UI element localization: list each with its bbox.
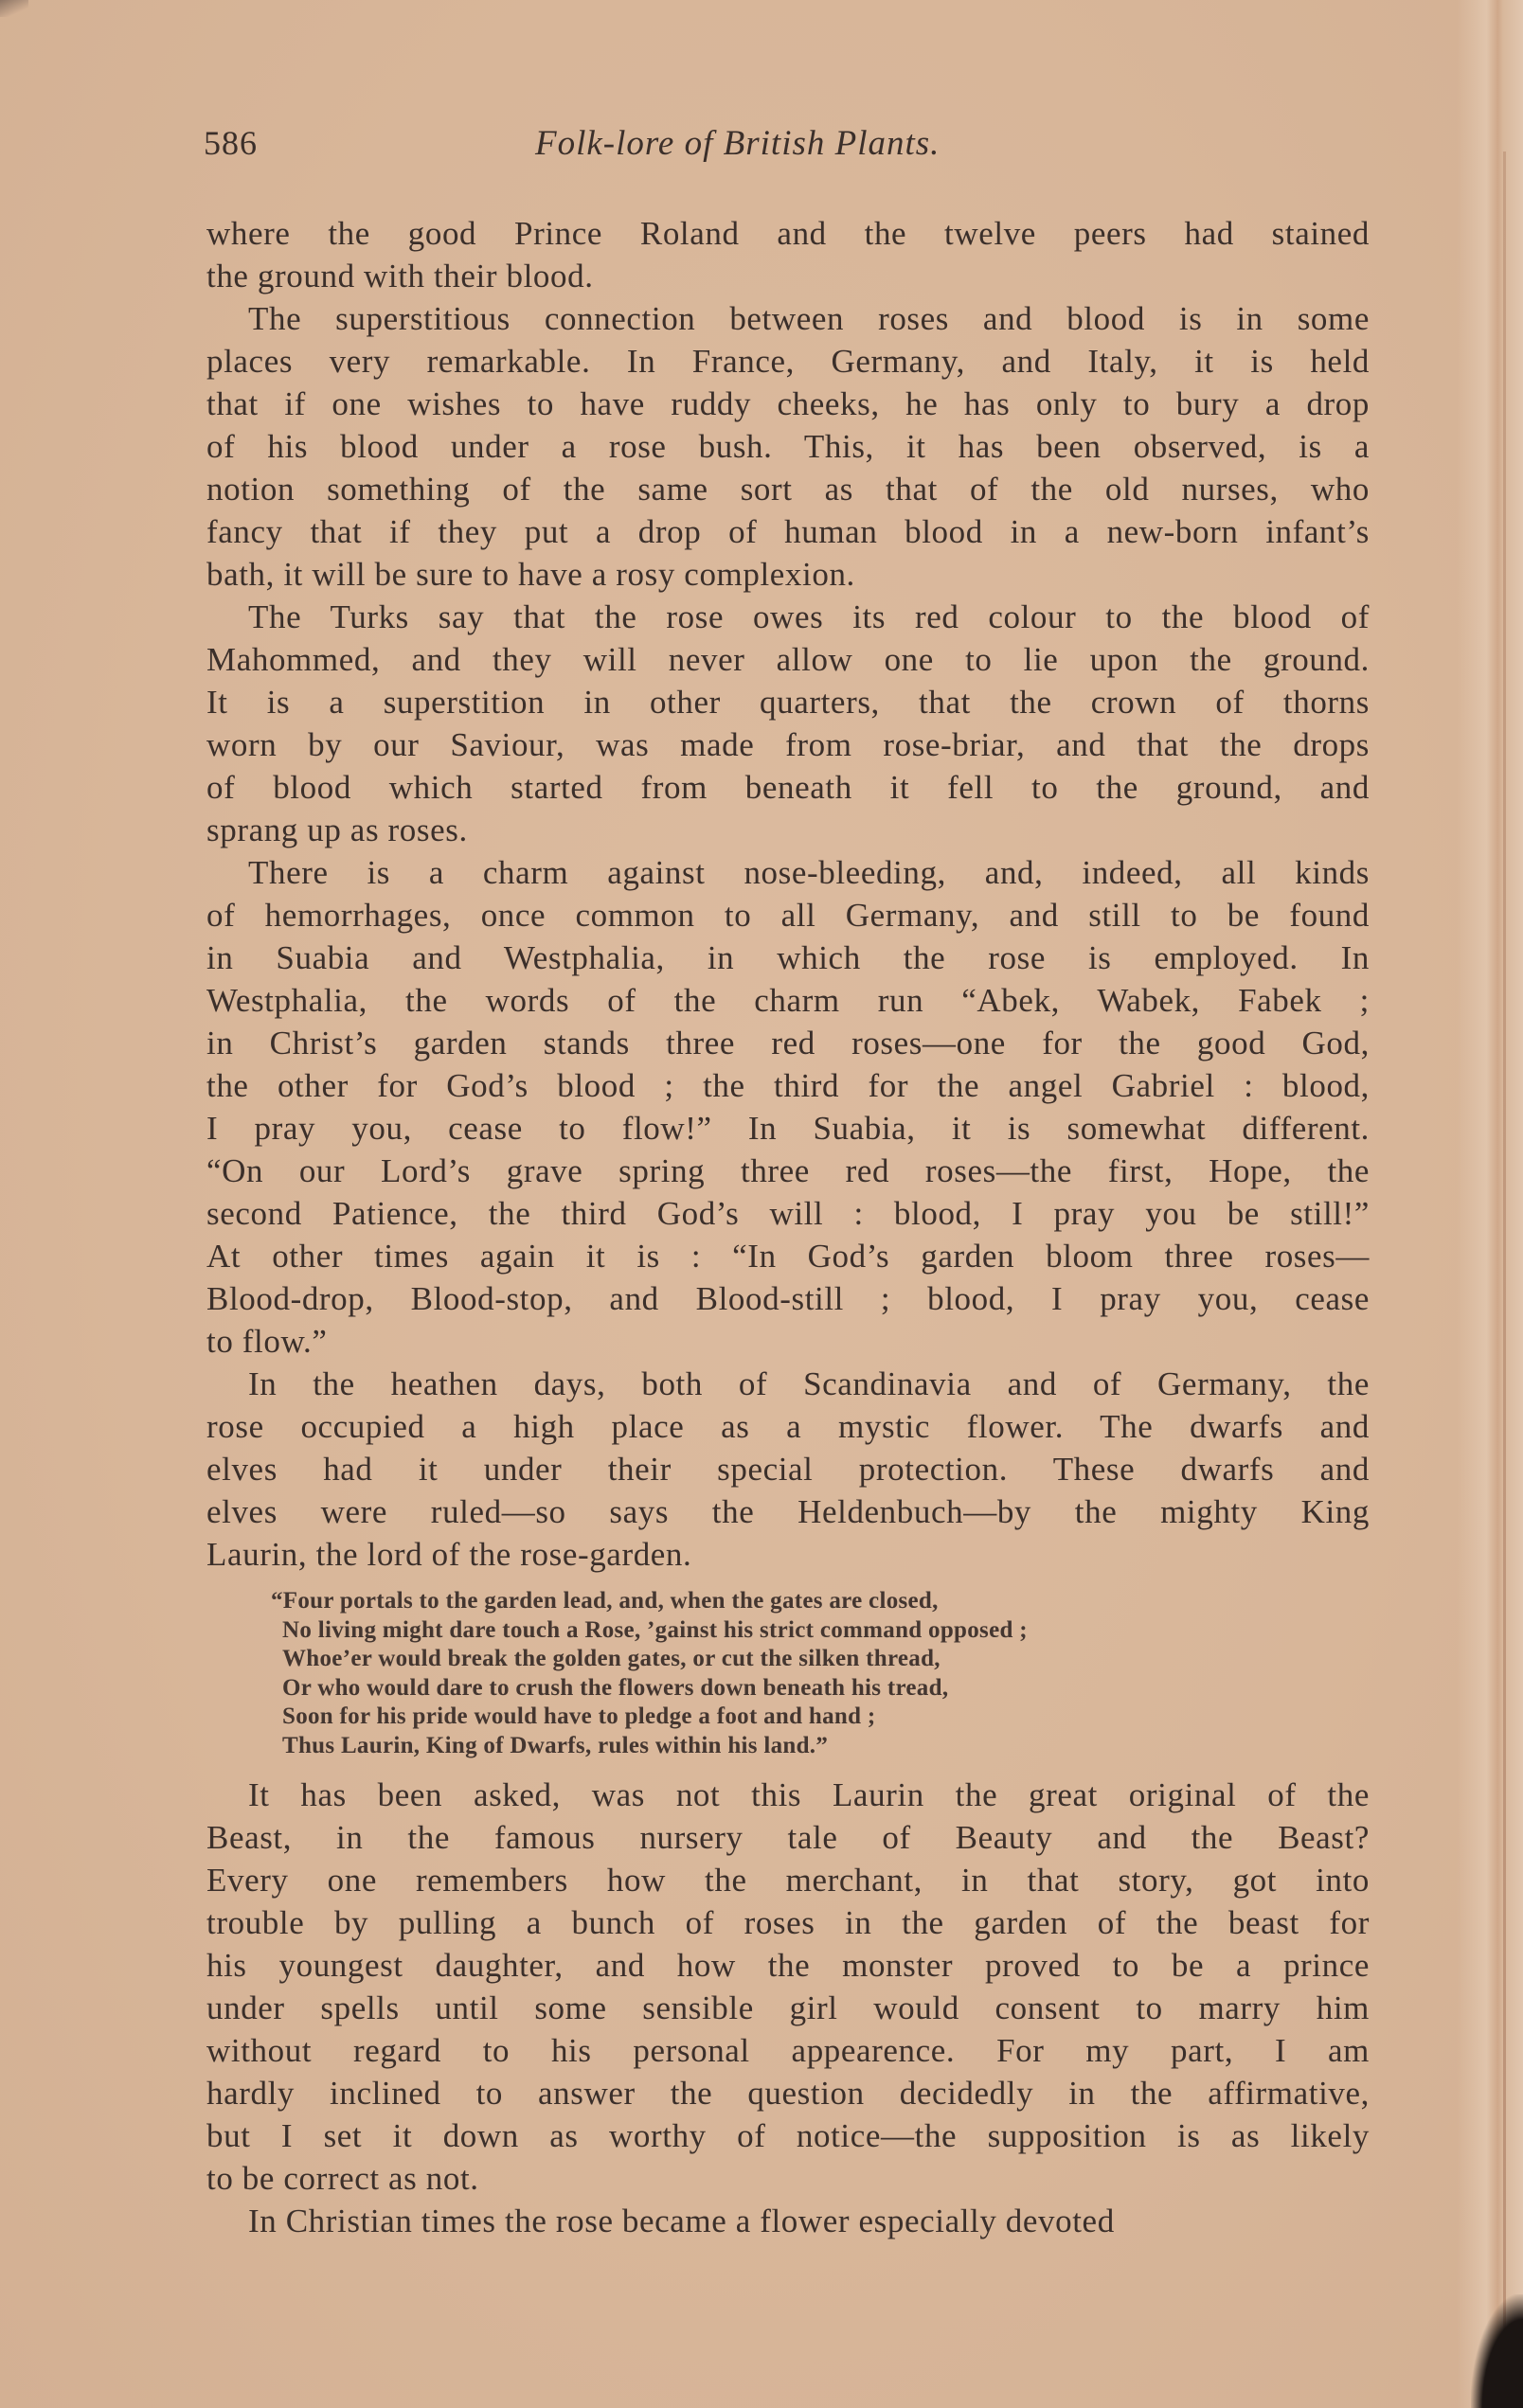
text-line: elves were ruled—so says the Heldenbuch—… (206, 1490, 1370, 1533)
text-line: worn by our Saviour, was made from rose-… (206, 723, 1370, 766)
text-line: his youngest daughter, and how the monst… (206, 1944, 1370, 1987)
text-line: in Christ’s garden stands three red rose… (206, 1022, 1370, 1064)
text-line: The Turks say that the rose owes its red… (206, 596, 1370, 638)
text-line: The superstitious connection between ros… (206, 297, 1370, 340)
text-line: Blood-drop, Blood-stop, and Blood-still … (206, 1277, 1370, 1320)
page-header: 586 Folk-lore of British Plants. (204, 123, 1369, 170)
text-line: of hemorrhages, once common to all Germa… (206, 894, 1370, 936)
poem-line: Whoe’er would break the golden gates, or… (282, 1645, 1370, 1674)
poem-line: Or who would dare to crush the flowers d… (282, 1674, 1370, 1703)
text-line: It is a superstition in other quarters, … (206, 681, 1370, 723)
text-line: In the heathen days, both of Scandinavia… (206, 1363, 1370, 1405)
text-line: without regard to his personal appearenc… (206, 2029, 1370, 2072)
text-line: It has been asked, was not this Laurin t… (206, 1774, 1370, 1816)
text-line: trouble by pulling a bunch of roses in t… (206, 1901, 1370, 1944)
text-line: Every one remembers how the merchant, in… (206, 1859, 1370, 1901)
page-edge (1457, 0, 1523, 2408)
text-line: sprang up as roses. (206, 809, 1370, 851)
paragraph: In the heathen days, both of Scandinavia… (206, 1363, 1370, 1576)
paragraphs-after-poem: It has been asked, was not this Laurin t… (206, 1774, 1370, 2242)
text-line: notion something of the same sort as tha… (206, 468, 1370, 510)
poem-line: No living might dare touch a Rose, ’gain… (282, 1616, 1370, 1646)
text-line: of his blood under a rose bush. This, it… (206, 425, 1370, 468)
text-line: Mahommed, and they will never allow one … (206, 638, 1370, 681)
text-line: There is a charm against nose-bleeding, … (206, 851, 1370, 894)
running-title: Folk-lore of British Plants. (535, 123, 940, 164)
text-line: that if one wishes to have ruddy cheeks,… (206, 383, 1370, 425)
text-line: but I set it down as worthy of notice—th… (206, 2114, 1370, 2157)
text-line: to be correct as not. (206, 2157, 1370, 2200)
text-line: In Christian times the rose became a flo… (206, 2200, 1370, 2242)
text-line: second Patience, the third God’s will : … (206, 1192, 1370, 1235)
text-line: rose occupied a high place as a mystic f… (206, 1405, 1370, 1448)
paragraphs-before-poem: where the good Prince Roland and the twe… (206, 212, 1370, 1576)
binding-shadow (1471, 2294, 1523, 2408)
page-number: 586 (204, 123, 258, 163)
text-line: Laurin, the lord of the rose-garden. (206, 1533, 1370, 1576)
text-line: in Suabia and Westphalia, in which the r… (206, 936, 1370, 979)
paragraph: It has been asked, was not this Laurin t… (206, 1774, 1370, 2200)
body-text: where the good Prince Roland and the twe… (206, 212, 1370, 2242)
paragraph: In Christian times the rose became a flo… (206, 2200, 1370, 2242)
text-line: where the good Prince Roland and the twe… (206, 212, 1370, 255)
text-line: Beast, in the famous nursery tale of Bea… (206, 1816, 1370, 1859)
paragraph: The superstitious connection between ros… (206, 297, 1370, 596)
text-line: under spells until some sensible girl wo… (206, 1987, 1370, 2029)
text-line: the ground with their blood. (206, 255, 1370, 297)
text-line: fancy that if they put a drop of human b… (206, 510, 1370, 553)
corner-fold (0, 0, 28, 17)
text-line: to flow.” (206, 1320, 1370, 1363)
text-line: hardly inclined to answer the question d… (206, 2072, 1370, 2114)
text-line: elves had it under their special protect… (206, 1448, 1370, 1490)
text-line: I pray you, cease to flow!” In Suabia, i… (206, 1107, 1370, 1150)
text-line: At other times again it is : “In God’s g… (206, 1235, 1370, 1277)
poem-line: Thus Laurin, King of Dwarfs, rules withi… (282, 1732, 1370, 1761)
paragraph: There is a charm against nose-bleeding, … (206, 851, 1370, 1363)
paragraph: The Turks say that the rose owes its red… (206, 596, 1370, 851)
poem-block: “Four portals to the garden lead, and, w… (282, 1587, 1370, 1760)
poem-line: Soon for his pride would have to pledge … (282, 1703, 1370, 1732)
text-line: bath, it will be sure to have a rosy com… (206, 553, 1370, 596)
page-edge-line (1503, 152, 1506, 2408)
poem-line: “Four portals to the garden lead, and, w… (271, 1587, 1370, 1616)
text-line: places very remarkable. In France, Germa… (206, 340, 1370, 383)
text-line: “On our Lord’s grave spring three red ro… (206, 1150, 1370, 1192)
text-line: Westphalia, the words of the charm run “… (206, 979, 1370, 1022)
text-line: the other for God’s blood ; the third fo… (206, 1064, 1370, 1107)
text-line: of blood which started from beneath it f… (206, 766, 1370, 809)
paragraph: where the good Prince Roland and the twe… (206, 212, 1370, 297)
